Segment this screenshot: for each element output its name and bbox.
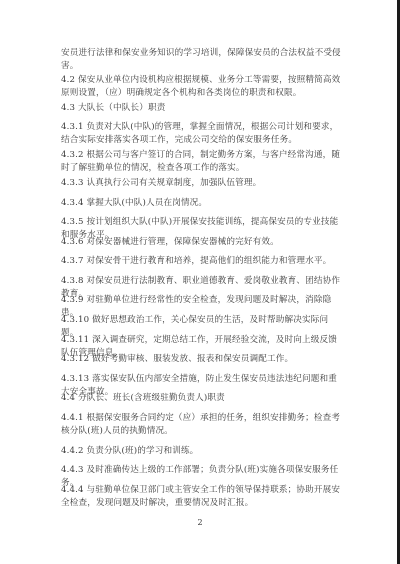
paragraph-4-3-3: 4.3.3 认真执行公司有关规章制度，加强队伍管理。 <box>61 177 343 190</box>
section-heading-4-3: 4.3 大队长（中队长）职责 <box>61 102 343 115</box>
paragraph-4-3-1: 4.3.1 负责对大队(中队)的管理，掌握全面情况，根据公司计划和要求，结合实际… <box>61 121 343 147</box>
document-page: 安员进行法律和保安业务知识的学习培训，保障保安员的合法权益不受侵害。 4.2 保… <box>0 0 398 564</box>
page-number: 2 <box>193 518 207 527</box>
paragraph-4-3-6: 4.3.6 对保安器械进行管理，保障保安器械的完好有效。 <box>61 236 343 249</box>
paragraph-4-4-1: 4.4.1 根据保安服务合同约定（应）承担的任务，组织安排勤务；检查考核分队(班… <box>61 412 343 438</box>
paragraph-4-2: 4.2 保安从业单位内设机构应根据规模、业务分工等需要，按照精简高效原则设置，（… <box>61 74 343 100</box>
paragraph-4-3-4: 4.3.4 掌握大队(中队)人员在岗情况。 <box>61 197 343 210</box>
paragraph-continuation: 安员进行法律和保安业务知识的学习培训，保障保安员的合法权益不受侵害。 <box>61 47 343 73</box>
paragraph-4-3-7: 4.3.7 对保安骨干进行教育和培养，提高他们的组织能力和管理水平。 <box>61 255 343 268</box>
section-heading-4-4: 4.4 分队长、班长(含班级驻勤负责人)职责 <box>61 392 343 405</box>
paragraph-4-4-2: 4.4.2 负责分队(班)的学习和训练。 <box>61 445 343 458</box>
paragraph-4-4-4: 4.4.4 与驻勤单位保卫部门或主管安全工作的领导保持联系；协助开展安全检查，发… <box>61 484 343 510</box>
paragraph-4-3-12: 4.3.12 做好考勤审核、服装发放、报表和保安员调配工作。 <box>61 353 343 366</box>
paragraph-4-3-2: 4.3.2 根据公司与客户签订的合同，制定勤务方案，与客户经常沟通，随时了解驻勤… <box>61 149 343 175</box>
